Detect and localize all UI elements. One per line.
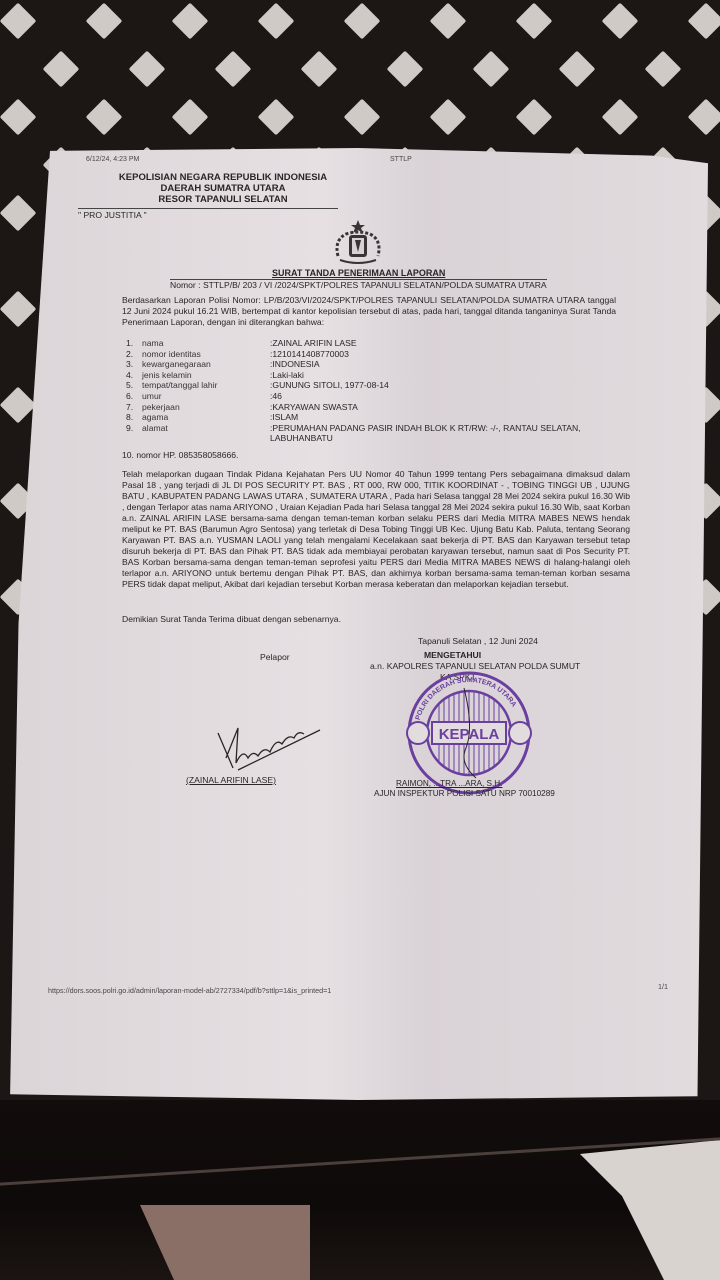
footer-url: https://dors.soos.polri.go.id/admin/lapo… [48,986,331,995]
lattice-diamond [129,51,166,88]
identity-row: 4.jenis kelamin:Laki-laki [126,370,586,381]
identity-no: 3. [126,359,142,370]
identity-label: pekerjaan [142,402,270,413]
identity-row: 7.pekerjaan:KARYAWAN SWASTA [126,402,586,413]
closing-statement: Demikian Surat Tanda Terima dibuat denga… [122,614,341,624]
identity-no: 6. [126,391,142,402]
lattice-diamond [172,3,209,40]
lattice-diamond [0,3,36,40]
lattice-diamond [43,51,80,88]
identity-label: tempat/tanggal lahir [142,380,270,391]
lattice-diamond [258,3,295,40]
identity-no: 9. [126,423,142,444]
lattice-diamond [645,51,682,88]
lattice-diamond [215,51,252,88]
dark-surface [0,1100,720,1280]
identity-value: :ISLAM [270,412,586,423]
lattice-diamond [0,387,36,424]
lattice-diamond [430,99,467,136]
lattice-diamond [0,99,36,136]
identity-row: 5.tempat/tanggal lahir:GUNUNG SITOLI, 19… [126,380,586,391]
letterhead-line1: KEPOLISIAN NEGARA REPUBLIK INDONESIA [108,172,338,183]
identity-row: 3.kewarganegaraan:INDONESIA [126,359,586,370]
identity-value: :Laki-laki [270,370,586,381]
mengetahui-label: MENGETAHUI [424,650,481,660]
identity-label: agama [142,412,270,423]
identity-row: 9.alamat:PERUMAHAN PADANG PASIR INDAH BL… [126,423,586,444]
lattice-diamond [516,3,553,40]
identity-row: 8.agama:ISLAM [126,412,586,423]
identity-value: :PERUMAHAN PADANG PASIR INDAH BLOK K RT/… [270,423,586,444]
identity-value: :INDONESIA [270,359,586,370]
identity-label: kewarganegaraan [142,359,270,370]
reporter-label: Pelapor [260,652,290,662]
doc-code: STTLP [390,156,412,163]
phone-number: 10. nomor HP. 085358058666. [122,450,238,460]
lattice-diamond [602,99,639,136]
reporter-signature [198,708,328,778]
identity-label: nomor identitas [142,349,270,360]
identity-no: 7. [126,402,142,413]
report-body: Telah melaporkan dugaan Tindak Pidana Ke… [122,469,630,590]
reporter-name: (ZAINAL ARIFIN LASE) [186,775,276,785]
identity-label: jenis kelamin [142,370,270,381]
lattice-diamond [172,99,209,136]
identity-no: 4. [126,370,142,381]
lattice-diamond [430,3,467,40]
lattice-diamond [344,99,381,136]
print-timestamp: 6/12/24, 4:23 PM [86,156,139,163]
pro-justitia: " PRO JUSTITIA " [78,210,338,220]
identity-value: :KARYAWAN SWASTA [270,402,586,413]
identity-no: 2. [126,349,142,360]
identity-list: 1.nama:ZAINAL ARIFIN LASE2.nomor identit… [126,338,586,444]
official-name: RAIMON, ...TRA ...ARA, S.H. [396,779,502,788]
letterhead-line2: DAERAH SUMATRA UTARA [108,183,338,194]
letterhead: KEPOLISIAN NEGARA REPUBLIK INDONESIA DAE… [108,172,338,220]
identity-row: 1.nama:ZAINAL ARIFIN LASE [126,338,586,349]
identity-label: umur [142,391,270,402]
official-rank-nrp: AJUN INSPEKTUR POLISI SATU NRP 70010289 [374,789,555,798]
lattice-diamond [473,51,510,88]
lattice-diamond [559,51,596,88]
lattice-diamond [688,99,720,136]
identity-no: 5. [126,380,142,391]
police-crest-icon [330,218,386,266]
lattice-diamond [301,51,338,88]
identity-row: 2.nomor identitas:1210141408770003 [126,349,586,360]
identity-value: :GUNUNG SITOLI, 1977-08-14 [270,380,586,391]
letterhead-line3: RESOR TAPANULI SELATAN [108,194,338,205]
identity-no: 8. [126,412,142,423]
lattice-diamond [0,195,36,232]
identity-no: 1. [126,338,142,349]
document-number: Nomor : STTLP/B/ 203 / VI /2024/SPKT/POL… [170,279,547,290]
lattice-diamond [344,3,381,40]
identity-row: 6.umur:46 [126,391,586,402]
document-title: SURAT TANDA PENERIMAAN LAPORAN [272,268,445,278]
page-number: 1/1 [658,982,668,991]
lattice-diamond [387,51,424,88]
lattice-diamond [0,291,36,328]
identity-value: :ZAINAL ARIFIN LASE [270,338,586,349]
lattice-diamond [602,3,639,40]
lattice-diamond [258,99,295,136]
lattice-diamond [86,99,123,136]
document-page: 6/12/24, 4:23 PM STTLP KEPOLISIAN NEGARA… [8,148,708,1100]
identity-label: nama [142,338,270,349]
identity-value: :46 [270,391,586,402]
lattice-diamond [688,3,720,40]
place-date: Tapanuli Selatan , 12 Juni 2024 [418,636,538,646]
identity-value: :1210141408770003 [270,349,586,360]
identity-label: alamat [142,423,270,444]
lattice-diamond [516,99,553,136]
lattice-diamond [86,3,123,40]
intro-paragraph: Berdasarkan Laporan Polisi Nomor: LP/B/2… [122,295,616,328]
